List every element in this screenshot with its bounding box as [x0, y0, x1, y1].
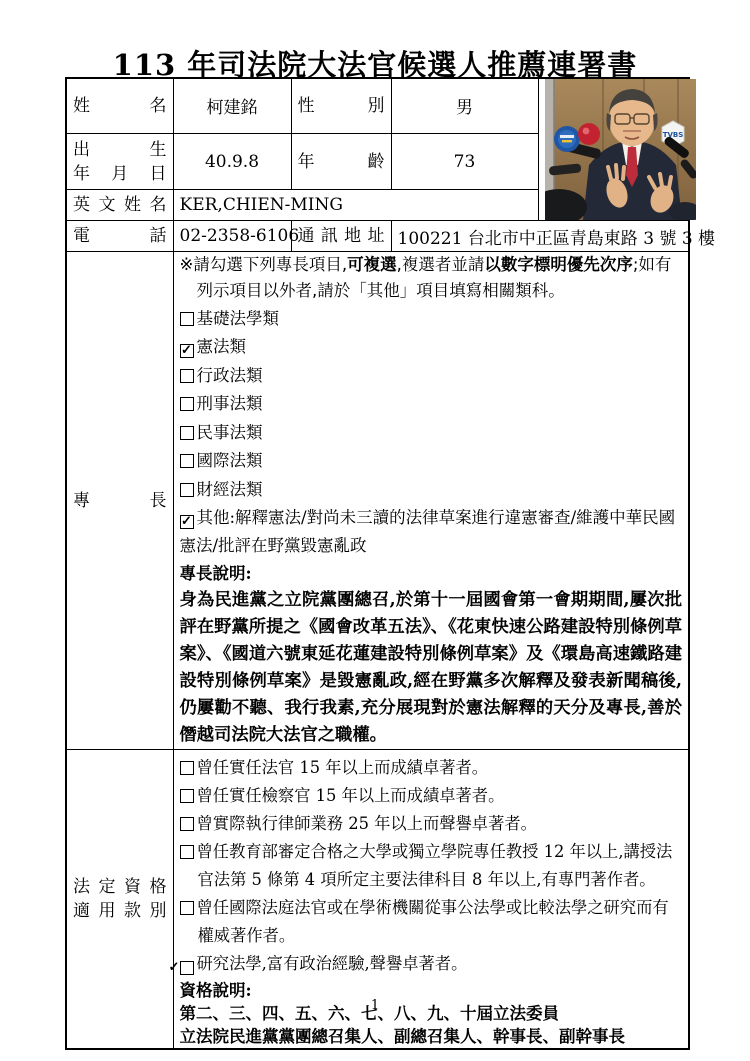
checkbox-label: 曾實際執行律師業務 25 年以上而聲譽卓著者。 [197, 814, 537, 833]
gender-value: 男 [391, 78, 538, 133]
checkbox-label: 基礎法學類 [197, 309, 280, 328]
checkbox-item: 曾任國際法庭法官或在學術機關從事公法學或比較法學之研究而有權威著作者。 [180, 894, 683, 950]
checkbox-label: 行政法類 [197, 366, 263, 385]
checkbox-label: 民事法類 [197, 423, 263, 442]
specialty-description-heading: 專長說明: [180, 560, 683, 587]
checkbox-item: 曾任實任檢察官 15 年以上而成績卓著者。 [180, 782, 683, 810]
note-line: 立法院民進黨黨團總召集人、副總召集人、幹事長、副幹事長 [180, 1026, 683, 1049]
address-label-cell: 通訊地址 [291, 221, 391, 252]
candidate-photo-cell: TVBS [538, 78, 689, 221]
checkbox-label: 曾任國際法庭法官或在學術機關從事公法學或比較法學之研究而有權威著作者。 [197, 898, 669, 945]
instruction-segment: 可複選 [347, 255, 397, 274]
instruction-segment: ※請勾選下列專長項目, [180, 255, 348, 274]
checkbox-label: 財經法類 [197, 480, 263, 499]
birthdate-label-cell: 出生 年月日 [66, 133, 173, 189]
checkbox-label: 曾任教育部審定合格之大學或獨立學院專任教授 12 年以上,講授法官法第 5 條第… [197, 842, 673, 889]
checkbox-item: ✓其他:解釋憲法/對尚未三讀的法律草案進行違憲審查/維護中華民國憲法/批評在野黨… [180, 504, 683, 560]
checkbox-label: 憲法類 [197, 337, 247, 356]
unchecked-checkbox-icon[interactable] [180, 397, 194, 411]
checkbox-item: 曾任教育部審定合格之大學或獨立學院專任教授 12 年以上,講授法官法第 5 條第… [180, 838, 683, 894]
gender-label: 性別 [298, 94, 385, 118]
specialty-row-label-cell: 專長 [66, 252, 173, 750]
checkbox-item: 財經法類 [180, 476, 683, 504]
checkbox-label: 曾任實任法官 15 年以上而成績卓著者。 [197, 758, 489, 777]
english-name-label: 英文姓名 [73, 193, 167, 217]
checkbox-label: 其他:解釋憲法/對尚未三讀的法律草案進行違憲審查/維護中華民國憲法/批評在野黨毀… [180, 508, 676, 555]
instruction-segment: 以數字標明優先次序 [484, 255, 633, 274]
specialty-instruction: ※請勾選下列專長項目,可複選,複選者並請以數字標明優先次序;如有列示項目以外者,… [180, 252, 683, 304]
phone-value: 02-2358-6106 [173, 221, 291, 252]
unchecked-checkbox-icon[interactable] [180, 901, 194, 915]
address-value: 100221 台北市中正區青島東路 3 號 3 樓 [391, 221, 689, 252]
specialty-content-cell: ※請勾選下列專長項目,可複選,複選者並請以數字標明優先次序;如有列示項目以外者,… [173, 252, 689, 750]
age-value: 73 [391, 133, 538, 189]
age-label-cell: 年齡 [291, 133, 391, 189]
phone-label: 電話 [73, 224, 167, 248]
qualification-row-label-line1: 法定資格 [73, 875, 167, 899]
unchecked-checkbox-icon[interactable] [180, 789, 194, 803]
checkbox-label: 研究法學,富有政治經驗,聲譽卓著者。 [197, 954, 468, 973]
mic-flag-tvbs-text: TVBS [662, 131, 683, 139]
checkbox-label: 曾任實任檢察官 15 年以上而成績卓著者。 [197, 786, 505, 805]
gender-label-cell: 性別 [291, 78, 391, 133]
qualification-row-label-line2: 適用款別 [73, 899, 167, 923]
phone-label-cell: 電話 [66, 221, 173, 252]
qualification-checkbox-list: 曾任實任法官 15 年以上而成績卓著者。曾任實任檢察官 15 年以上而成績卓著者… [180, 754, 683, 978]
unchecked-checkbox-icon[interactable] [180, 312, 194, 326]
checkbox-item: ✓研究法學,富有政治經驗,聲譽卓著者。 [180, 950, 683, 978]
unchecked-checkbox-icon[interactable] [180, 426, 194, 440]
english-name-value: KER,CHIEN-MING [173, 190, 538, 221]
page-number: 1 [0, 998, 750, 1013]
specialty-checkbox-list: 基礎法學類✓憲法類行政法類刑事法類民事法類國際法類財經法類✓其他:解釋憲法/對尚… [180, 305, 683, 561]
unchecked-checkbox-icon[interactable] [180, 761, 194, 775]
checked-checkbox-icon[interactable]: ✓ [180, 961, 194, 975]
checkbox-item: 行政法類 [180, 362, 683, 390]
specialty-description-text: 身為民進黨之立院黨團總召,於第十一屆國會第一會期期間,屢次批評在野黨所提之《國會… [180, 587, 683, 749]
checked-checkbox-icon[interactable]: ✓ [180, 344, 194, 358]
candidate-form-table: 姓名 柯建銘 性別 男 [65, 77, 690, 1050]
checkbox-label: 刑事法類 [197, 394, 263, 413]
checkbox-item: 民事法類 [180, 419, 683, 447]
name-label-cell: 姓名 [66, 78, 173, 133]
checkbox-item: 曾任實任法官 15 年以上而成績卓著者。 [180, 754, 683, 782]
address-label: 通訊地址 [298, 224, 385, 248]
birthdate-label-line1: 出生 [73, 138, 167, 162]
name-label: 姓名 [73, 94, 167, 118]
instruction-segment: ,複選者並請 [397, 255, 485, 274]
unchecked-checkbox-icon[interactable] [180, 817, 194, 831]
checkbox-label: 國際法類 [197, 451, 263, 470]
birthdate-value: 40.9.8 [173, 133, 291, 189]
checkbox-item: 國際法類 [180, 447, 683, 475]
birthdate-label-line2: 年月日 [73, 162, 167, 186]
specialty-row-label: 專長 [73, 489, 167, 513]
unchecked-checkbox-icon[interactable] [180, 454, 194, 468]
checkbox-item: 曾實際執行律師業務 25 年以上而聲譽卓著者。 [180, 810, 683, 838]
checkbox-item: ✓憲法類 [180, 333, 683, 361]
candidate-photo: TVBS [545, 79, 696, 220]
checkbox-item: 基礎法學類 [180, 305, 683, 333]
name-value: 柯建銘 [173, 78, 291, 133]
checked-checkbox-icon[interactable]: ✓ [180, 515, 194, 529]
age-label: 年齡 [298, 150, 385, 174]
checkbox-item: 刑事法類 [180, 390, 683, 418]
unchecked-checkbox-icon[interactable] [180, 369, 194, 383]
unchecked-checkbox-icon[interactable] [180, 483, 194, 497]
english-name-label-cell: 英文姓名 [66, 190, 173, 221]
unchecked-checkbox-icon[interactable] [180, 845, 194, 859]
